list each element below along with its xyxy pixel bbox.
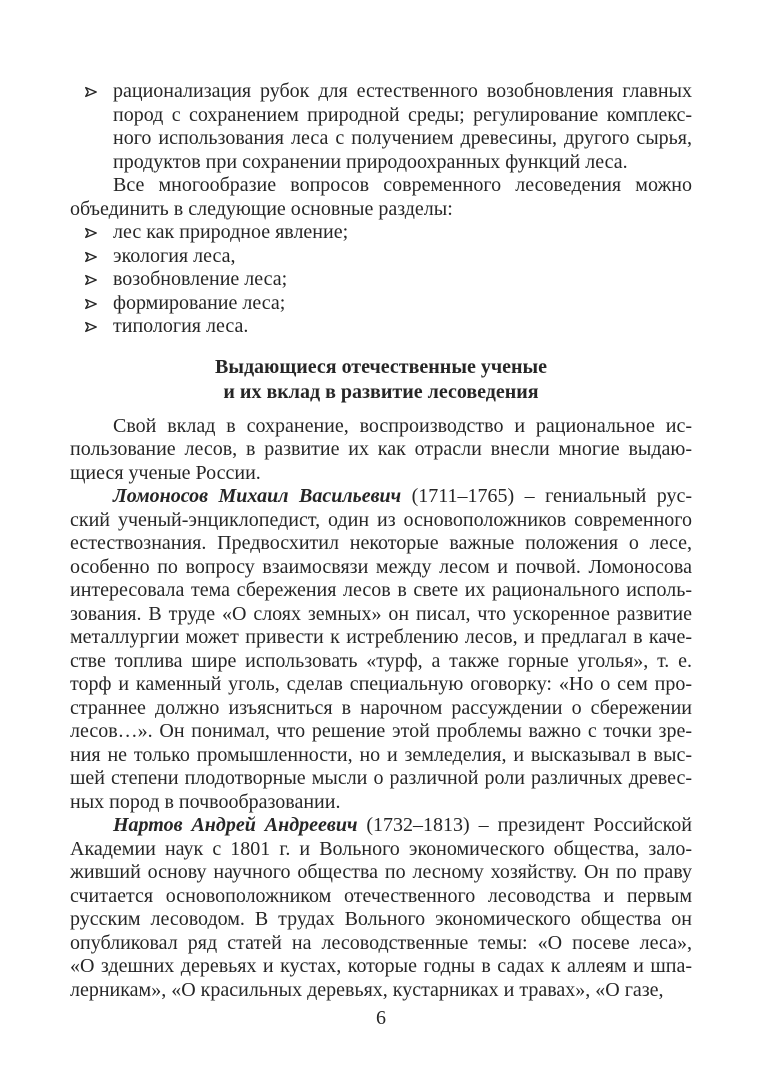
- bullet-list-item: лес как природное явление;: [70, 221, 692, 245]
- bullet-list: лес как природное явление;экология леса,…: [70, 221, 692, 339]
- arrow-bullet-icon: [84, 273, 98, 287]
- text-line: типология леса.: [113, 315, 692, 339]
- text-line: особенно по вопросу взаимосвязи между ле…: [70, 556, 692, 580]
- bullet-list-item: возобновление леса;: [70, 268, 692, 292]
- text-line: Ломоносов Михаил Васильевич (1711–1765) …: [70, 485, 692, 509]
- text-line: объединить в следующие основные разделы:: [70, 198, 692, 222]
- text-line: пород с сохранением природной среды; рег…: [113, 104, 692, 128]
- text-line: зования. В труде «О слоях земных» он пис…: [70, 603, 692, 627]
- bullet-list-item: формирование леса;: [70, 292, 692, 316]
- scanned-book-page: рационализация рубок для естественного в…: [0, 0, 762, 1080]
- text-line: шей степени плодотворные мысли о различн…: [70, 767, 692, 791]
- text-line: русским лесоводом. В трудах Вольного эко…: [70, 908, 692, 932]
- text-line: торф и каменный уголь, сделав специальну…: [70, 673, 692, 697]
- arrow-bullet-icon: [84, 320, 98, 334]
- text-line: Выдающиеся отечественные ученые: [70, 355, 692, 380]
- text-line: щиеся ученые России.: [70, 462, 692, 486]
- text-line: экология леса,: [113, 245, 692, 269]
- text-line: интересовала тема сбережения лесов в све…: [70, 579, 692, 603]
- text-line: формирование леса;: [113, 292, 692, 316]
- text-line: Нартов Андрей Андреевич (1732–1813) – пр…: [70, 814, 692, 838]
- text-line: Академии наук с 1801 г. и Вольного эконо…: [70, 838, 692, 862]
- text-line: естествознания. Предвосхитил некоторые в…: [70, 532, 692, 556]
- text-line: металлургии может привести к истреблению…: [70, 626, 692, 650]
- text-line: опубликовал ряд статей на лесоводственны…: [70, 932, 692, 956]
- text-line: «О здешних деревьях и кустах, которые го…: [70, 955, 692, 979]
- bullet-item: рационализация рубок для естественного в…: [70, 80, 692, 174]
- paragraph: Свой вклад в сохранение, воспроизводство…: [70, 415, 692, 486]
- bullet-list-item: экология леса,: [70, 245, 692, 269]
- arrow-bullet-icon: [84, 85, 98, 99]
- text-line: считается основоположником отечественног…: [70, 885, 692, 909]
- text-line: и их вклад в развитие лесоведения: [70, 380, 692, 405]
- bullet-list-item: типология леса.: [70, 315, 692, 339]
- text-line: Свой вклад в сохранение, воспроизводство…: [70, 415, 692, 439]
- text-line: Все многообразие вопросов современного л…: [70, 174, 692, 198]
- paragraph: Ломоносов Михаил Васильевич (1711–1765) …: [70, 485, 692, 814]
- text-line: ния не только промышленности, но и земле…: [70, 744, 692, 768]
- person-name: Нартов Андрей Андреевич: [113, 814, 357, 836]
- text-line: страннее должно изъясниться в нарочном р…: [70, 697, 692, 721]
- person-name: Ломоносов Михаил Васильевич: [113, 485, 401, 507]
- paragraph: Все многообразие вопросов современного л…: [70, 174, 692, 221]
- text-line: ных пород в почвообразовании.: [70, 791, 692, 815]
- text-line: пользование лесов, в развитие их как отр…: [70, 438, 692, 462]
- text-column: рационализация рубок для естественного в…: [70, 80, 692, 1030]
- text-line: возобновление леса;: [113, 268, 692, 292]
- section-heading: Выдающиеся отечественные ученыеи их вкла…: [70, 355, 692, 405]
- arrow-bullet-icon: [84, 226, 98, 240]
- paragraph: Нартов Андрей Андреевич (1732–1813) – пр…: [70, 814, 692, 1002]
- text-line: рационализация рубок для естественного в…: [113, 80, 692, 104]
- text-line: лес как природное явление;: [113, 221, 692, 245]
- text-line: живший основу научного общества по лесно…: [70, 861, 692, 885]
- arrow-bullet-icon: [84, 250, 98, 264]
- text-line: ного использования леса с получением дре…: [113, 127, 692, 151]
- arrow-bullet-icon: [84, 297, 98, 311]
- page-number: 6: [70, 1006, 692, 1030]
- text-line: лесов…». Он понимал, что решение этой пр…: [70, 720, 692, 744]
- text-line: продуктов при сохранении природоохранных…: [113, 151, 692, 175]
- text-line: лерникам», «О красильных деревьях, куста…: [70, 979, 692, 1003]
- text-line: стве топлива шире использовать «турф, а …: [70, 650, 692, 674]
- text-line: ский ученый-энциклопедист, один из основ…: [70, 509, 692, 533]
